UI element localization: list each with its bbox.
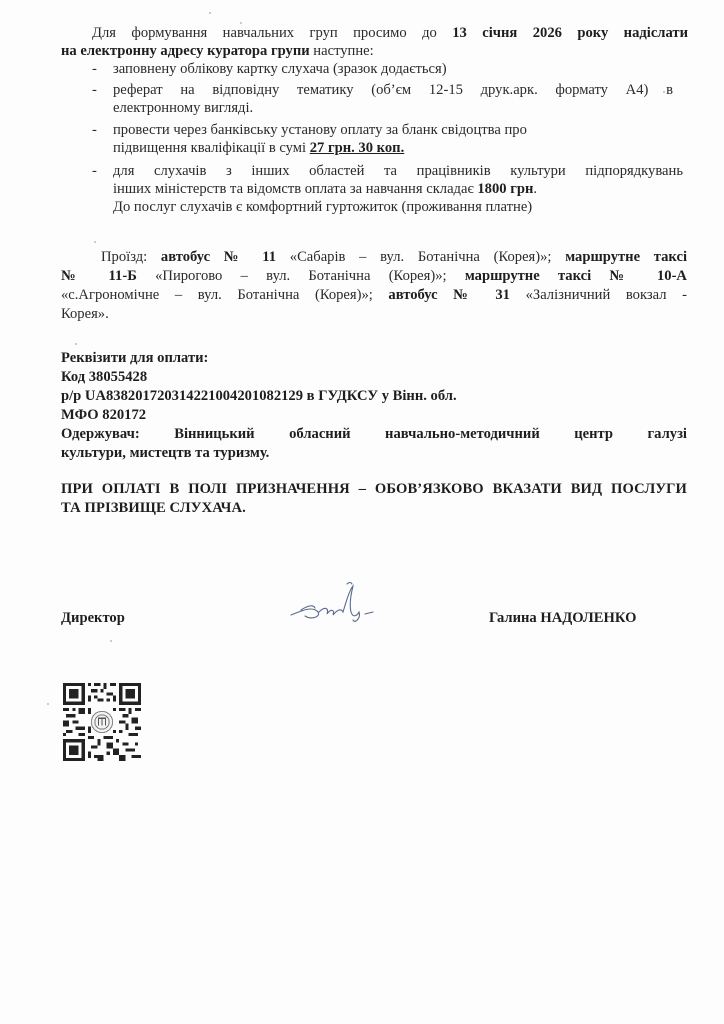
document-page: Для формування навчальних груп просимо д… xyxy=(0,0,724,1024)
tuition-amount: 1800 грн xyxy=(477,181,533,197)
taxi-10a: маршрутне таксі № 10-А xyxy=(465,268,687,284)
curator-email-text: на електронну адресу куратора групи xyxy=(61,43,310,59)
travel-line-2: № 11-Б «Пирогово – вул. Ботанічна (Корея… xyxy=(61,267,687,285)
taxi-11b: № 11-Б xyxy=(61,268,137,284)
list-bullet: - xyxy=(92,81,97,99)
scan-speck xyxy=(47,703,49,705)
taxi-11b-route: «Пирогово – вул. Ботанічна (Корея)»; xyxy=(137,268,465,284)
certificate-amount: 27 грн. 30 коп. xyxy=(310,140,405,156)
list-bullet: - xyxy=(92,162,97,180)
bus-31-route: «Залізничний вокзал - xyxy=(510,287,687,303)
qr-code-icon xyxy=(63,683,141,761)
signatory-title: Директор xyxy=(61,610,125,626)
tuition-text: інших міністерств та відомств оплата за … xyxy=(113,181,477,197)
list-item-essay: реферат на відповідну тематику (об’єм 12… xyxy=(113,81,673,99)
scan-speck xyxy=(75,343,77,345)
scan-speck xyxy=(110,640,112,642)
intro-line-1: Для формування навчальних груп просимо д… xyxy=(92,24,688,42)
travel-label: Проїзд: xyxy=(101,249,161,265)
payment-notice-cont: ТА ПРІЗВИЩЕ СЛУХАЧА. xyxy=(61,500,246,516)
recipient-name-cont: культури, мистецтв та туризму. xyxy=(61,445,269,461)
scan-speck xyxy=(240,22,242,24)
payment-code: Код 38055428 xyxy=(61,369,147,385)
bus-11: автобус № 11 xyxy=(161,249,276,265)
period: . xyxy=(533,181,537,197)
signature-icon xyxy=(283,582,393,632)
dormitory-note: До послуг слухачів є комфортний гуртожит… xyxy=(113,198,532,216)
list-item-other-regions: для слухачів з інших областей та працівн… xyxy=(113,162,683,180)
taxi-10a-route: «с.Агрономічне – вул. Ботанічна (Корея)»… xyxy=(61,287,388,303)
intro-rest: наступне: xyxy=(310,43,374,59)
bus-31: автобус № 31 xyxy=(388,287,510,303)
recipient-name: Вінницький обласний навчально-методичний… xyxy=(140,426,687,442)
list-item-payment-certificate-cont: підвищення кваліфікації в сумі 27 грн. 3… xyxy=(113,139,404,157)
travel-line-4: Корея». xyxy=(61,305,109,323)
list-item-other-regions-cont: інших міністерств та відомств оплата за … xyxy=(113,180,537,198)
scan-speck xyxy=(94,241,96,243)
payment-heading: Реквізити для оплати: xyxy=(61,350,208,366)
certificate-text: підвищення кваліфікації в сумі xyxy=(113,140,310,156)
scan-speck xyxy=(209,12,211,14)
list-item-essay-cont: електронному вигляді. xyxy=(113,99,253,117)
travel-line-1: Проїзд: автобус № 11 «Сабарів – вул. Бот… xyxy=(61,248,687,266)
deadline-text: 13 січня 2026 року надіслати xyxy=(452,25,688,41)
taxi-label: маршрутне таксі xyxy=(565,249,687,265)
intro-line-2: на електронну адресу куратора групи наст… xyxy=(61,42,374,60)
signatory-name: Галина НАДОЛЕНКО xyxy=(489,610,636,626)
payment-account: р/р UA838201720314221004201082129 в ГУДК… xyxy=(61,388,457,404)
list-bullet: - xyxy=(92,121,97,139)
bus-11-route: «Сабарів – вул. Ботанічна (Корея)»; xyxy=(276,249,565,265)
scan-speck xyxy=(663,91,665,93)
list-item-payment-certificate: провести через банківську установу оплат… xyxy=(113,121,527,139)
recipient-label: Одержувач: xyxy=(61,426,140,442)
intro-text: Для формування навчальних груп просимо д… xyxy=(92,25,452,41)
travel-line-3: «с.Агрономічне – вул. Ботанічна (Корея)»… xyxy=(61,286,687,304)
payment-notice: ПРИ ОПЛАТІ В ПОЛІ ПРИЗНАЧЕННЯ – ОБОВ’ЯЗК… xyxy=(61,481,687,497)
recipient-line-1: Одержувач: Вінницький обласний навчально… xyxy=(61,425,687,443)
payment-mfo: МФО 820172 xyxy=(61,407,146,423)
list-item-application-card: заповнену облікову картку слухача (зразо… xyxy=(113,60,447,78)
list-bullet: - xyxy=(92,60,97,78)
